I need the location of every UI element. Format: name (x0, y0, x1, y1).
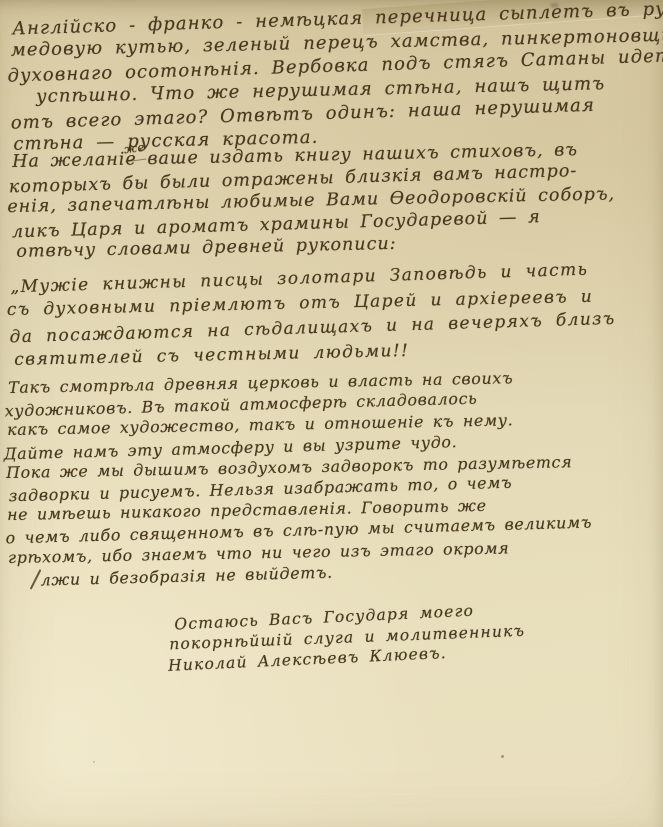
manuscript-page: Англійско - франко - немѣцкая перечница … (0, 0, 663, 827)
paper-speck (93, 761, 95, 763)
paragraph-1: Англійско - франко - немѣцкая перечница … (10, 0, 663, 157)
paragraph-4: Такъ смотрѣла древняя церковь и власть н… (8, 365, 593, 590)
paper-speck (501, 755, 504, 758)
paragraph-3-quote: „Мужіе книжны писцы золотари Заповѣдь и … (10, 258, 617, 374)
signature-block: Остаюсь Васъ Государя моего покорнѣйшій … (168, 599, 526, 675)
paragraph-2: же На желаніе ваше издать книгу нашихъ с… (12, 137, 616, 264)
